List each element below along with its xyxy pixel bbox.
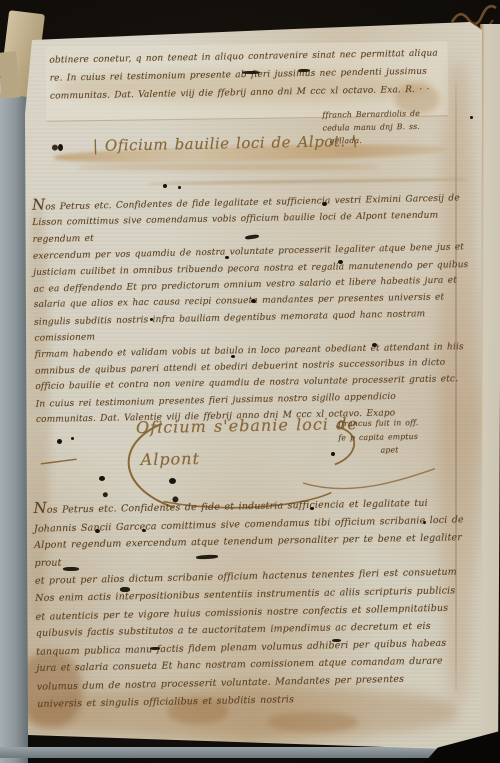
- ink-blot: [470, 116, 473, 119]
- top-fragment-text: obtinere conetur, q non teneat in aliquo…: [49, 44, 452, 105]
- ink-blot: [178, 186, 181, 189]
- note-line: apet: [338, 442, 488, 458]
- charter-baiulia-text: Nos Petrus etc. Confidentes de fide lega…: [32, 188, 472, 429]
- ink-blot: [150, 318, 153, 321]
- ink-smudge: [242, 71, 260, 74]
- strike-out-smudge: [63, 567, 79, 571]
- strike-out-smudge: [150, 647, 160, 650]
- ink-blot: [57, 439, 62, 444]
- heading-oficium-scribanie-line2: Alpont: [140, 449, 200, 469]
- ink-blot: [423, 521, 426, 524]
- ink-blot: [142, 529, 146, 532]
- charter-scribania-text: Nos Petrus etc. Confidentes de fide et i…: [33, 492, 479, 713]
- ink-blot: [331, 452, 335, 456]
- ink-blot: [95, 529, 100, 533]
- ink-blot: [71, 437, 74, 440]
- strike-out-smudge: [120, 587, 130, 592]
- ink-blot: [251, 299, 256, 303]
- ink-blot: [225, 256, 229, 259]
- ink-smudge: [298, 69, 310, 72]
- ink-blot: [338, 260, 343, 264]
- book-cradle-bottom: [0, 747, 448, 758]
- book-cradle-left: [0, 78, 28, 763]
- marginal-note-scribania: ffrancus fuit in off. fe p capita emptus…: [338, 415, 489, 458]
- ink-blot: [322, 202, 327, 206]
- ink-blot: [231, 355, 235, 358]
- ink-blot: [372, 343, 377, 347]
- text-layer: obtinere conetur, q non teneat in aliquo…: [13, 18, 492, 753]
- heading-oficium-bauilie: | Oficium bauilie loci de Alpot. \: [93, 132, 358, 155]
- ink-blot: [163, 184, 167, 188]
- ink-blot: [169, 478, 176, 484]
- manuscript-page: obtinere conetur, q non teneat in aliquo…: [18, 22, 484, 749]
- ink-blot: [310, 507, 314, 510]
- heading-oficium-scribanie-line1: Oficium s'ebanie loci de: [136, 414, 358, 437]
- ink-blot: [58, 144, 63, 151]
- strike-out-smudge: [332, 639, 341, 642]
- manuscript-photo: obtinere conetur, q non teneat in aliquo…: [0, 0, 500, 763]
- ink-blot: [99, 476, 105, 481]
